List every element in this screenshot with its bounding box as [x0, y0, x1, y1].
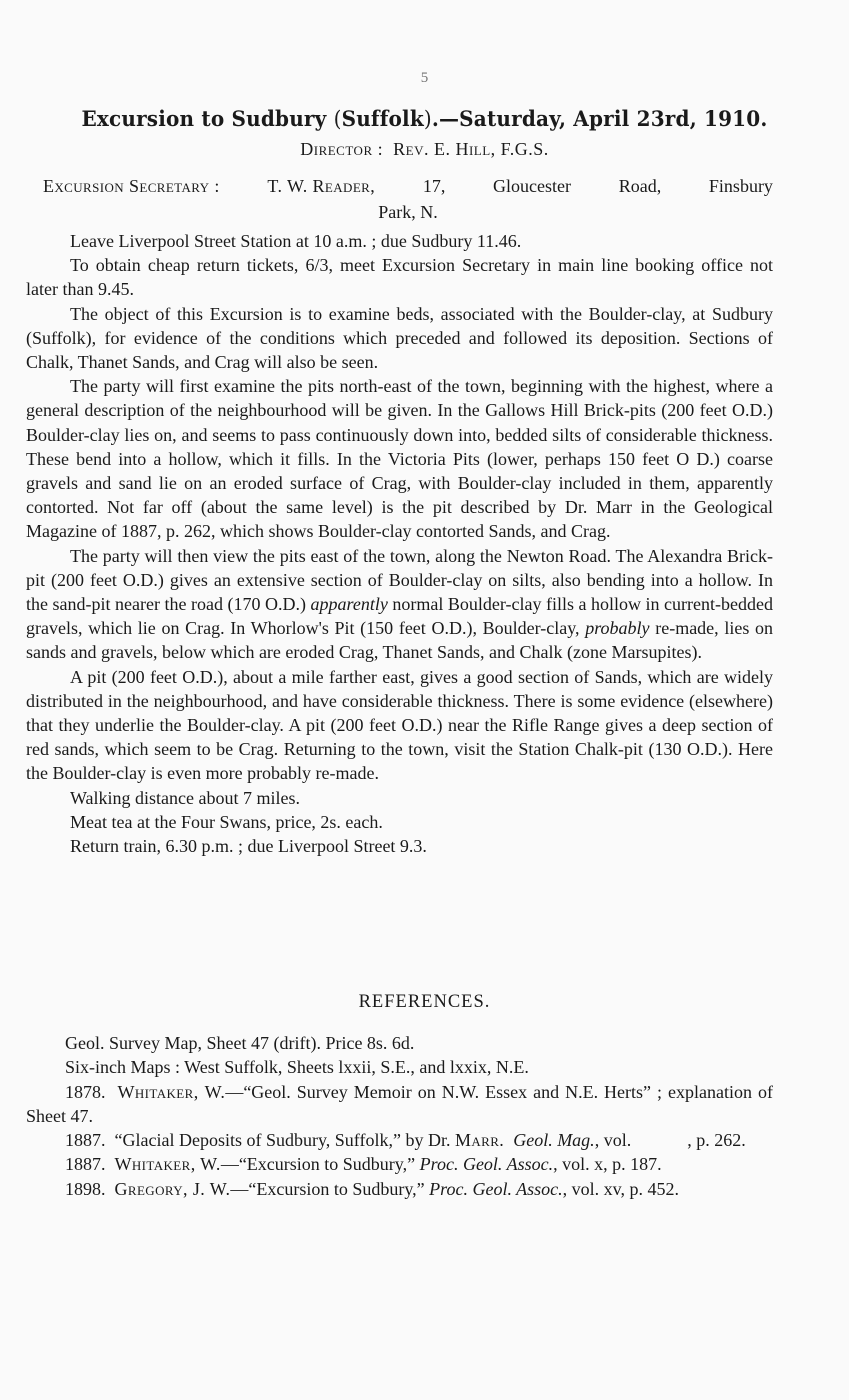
paragraph-northeast-pits: The party will first examine the pits no… — [26, 374, 773, 543]
reference-item: Geol. Survey Map, Sheet 47 (drift). Pric… — [26, 1031, 773, 1055]
paragraph-departure: Leave Liverpool Street Station at 10 a.m… — [26, 229, 773, 253]
secretary-name: T. W. Reader, — [267, 173, 375, 199]
secretary-address: Road, — [619, 173, 662, 199]
secretary-address-line2: Park, N. — [43, 199, 773, 225]
italic-run: probably — [585, 618, 649, 638]
secretary-block: Excursion Secretary : T. W. Reader, 17, … — [43, 173, 773, 225]
reference-year: 1878. — [65, 1082, 106, 1102]
paragraph-tea: Meat tea at the Four Swans, price, 2s. e… — [26, 810, 773, 834]
page-number: 5 — [0, 70, 849, 87]
reference-author: Whitaker, W. — [118, 1082, 226, 1102]
reference-author: Marr. — [455, 1130, 504, 1150]
title-part: .—Saturday, April 23rd, 1910. — [432, 107, 768, 132]
paragraph-tickets: To obtain cheap return tickets, 6/3, mee… — [26, 253, 773, 301]
reference-text: , vol. x, p. 187. — [553, 1154, 662, 1174]
reference-text: , vol. xv, p. 452. — [563, 1179, 679, 1199]
secretary-address: Gloucester — [493, 173, 571, 199]
secretary-address: Finsbury — [709, 173, 773, 199]
reference-author: Whitaker, W. — [115, 1154, 221, 1174]
secretary-label: Excursion Secretary : — [43, 173, 220, 199]
director-line: Director : Rev. E. Hill, F.G.S. — [0, 139, 849, 160]
reference-item: 1887. Whitaker, W.—“Excursion to Sudbury… — [26, 1152, 773, 1176]
director-label: Director : — [300, 139, 383, 159]
paragraph-further-pits: A pit (200 feet O.D.), about a mile fart… — [26, 665, 773, 786]
page-title: Excursion to Sudbury (Suffolk).—Saturday… — [30, 107, 820, 132]
reference-year: 1887. — [65, 1154, 106, 1174]
title-part: Excursion to Sudbury — [81, 107, 333, 132]
title-part: Suffolk — [342, 107, 424, 132]
reference-text: —“Excursion to Sudbury,” — [230, 1179, 429, 1199]
itinerary-text: Leave Liverpool Street Station at 10 a.m… — [26, 229, 773, 858]
references-list: Geol. Survey Map, Sheet 47 (drift). Pric… — [26, 1031, 773, 1201]
reference-year: 1898. — [65, 1179, 106, 1199]
paragraph-walking: Walking distance about 7 miles. — [26, 786, 773, 810]
paragraph-object: The object of this Excursion is to exami… — [26, 302, 773, 375]
reference-text: , vol. — [595, 1130, 632, 1150]
reference-author: Gregory, J. W. — [115, 1179, 231, 1199]
secretary-address: 17, — [423, 173, 446, 199]
reference-text: —“Excursion to Sudbury,” — [221, 1154, 420, 1174]
reference-item: 1887. “Glacial Deposits of Sudbury, Suff… — [26, 1128, 773, 1152]
reference-text: “Glacial Deposits of Sudbury, Suffolk,” … — [115, 1130, 455, 1150]
references-heading: REFERENCES. — [0, 992, 849, 1013]
reference-journal: Proc. Geol. Assoc. — [429, 1179, 562, 1199]
director-name: Rev. E. Hill, F.G.S. — [393, 139, 549, 159]
paragraph-return: Return train, 6.30 p.m. ; due Liverpool … — [26, 834, 773, 858]
reference-item: 1878. Whitaker, W.—“Geol. Survey Memoir … — [26, 1080, 773, 1129]
reference-journal: Proc. Geol. Assoc. — [420, 1154, 553, 1174]
reference-year: 1887. — [65, 1130, 106, 1150]
reference-item: Six-inch Maps : West Suffolk, Sheets lxx… — [26, 1055, 773, 1079]
paragraph-east-pits: The party will then view the pits east o… — [26, 544, 773, 665]
reference-text: , p. 262. — [687, 1130, 746, 1150]
italic-run: apparently — [311, 594, 388, 614]
reference-item: 1898. Gregory, J. W.—“Excursion to Sudbu… — [26, 1177, 773, 1201]
reference-journal: Geol. Mag. — [513, 1130, 594, 1150]
